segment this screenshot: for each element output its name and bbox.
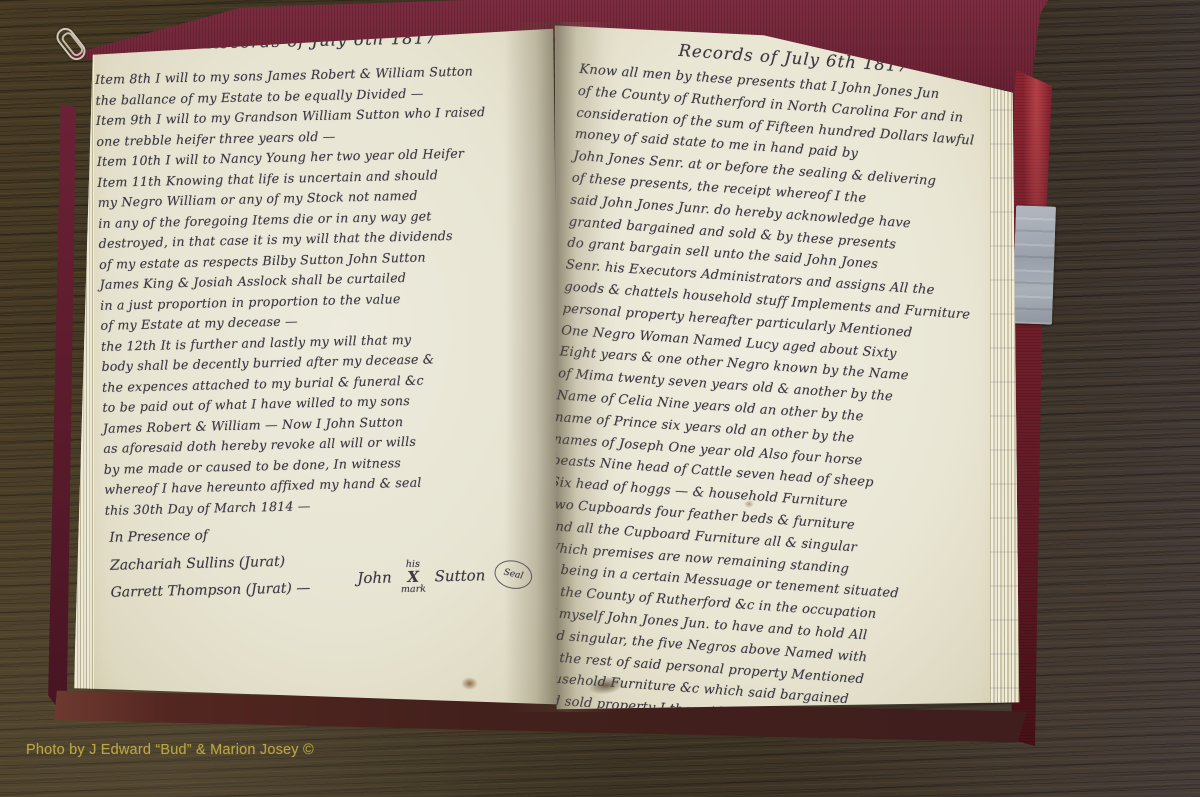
seal-scribble: Seal <box>492 557 535 593</box>
left-page-body: Item 8th I will to my sons James Robert … <box>95 60 559 521</box>
witness-signatures: Zachariah Sullins (Jurat)Garrett Thompso… <box>110 548 311 607</box>
mark-label: mark <box>401 584 426 594</box>
right-page-text: Records of July 6th 1817 Know all men by… <box>535 34 1007 741</box>
duct-tape-patch <box>1012 205 1056 324</box>
witness-line: Garrett Thompson (Jurat) — <box>110 575 310 607</box>
signature-block: Zachariah Sullins (Jurat)Garrett Thompso… <box>110 543 561 607</box>
testator-signature: John his X mark Sutton Seal <box>357 551 533 601</box>
signature-given-name: John <box>357 568 392 587</box>
left-page: 76. Records of July 6th 1817 Item 8th I … <box>68 26 562 710</box>
attestation-label: In Presence of <box>109 520 559 546</box>
right-page-body: Know all men by these presents that I Jo… <box>535 59 1006 741</box>
his-mark: his X mark <box>400 560 426 595</box>
signature-surname: Sutton <box>434 566 485 585</box>
photographer-watermark: Photo by J Edward “Bud” & Marion Josey © <box>26 742 314 758</box>
left-page-text: 76. Records of July 6th 1817 Item 8th I … <box>94 26 561 607</box>
x-mark: X <box>407 569 419 584</box>
right-page: Records of July 6th 1817 Know all men by… <box>552 20 1022 712</box>
